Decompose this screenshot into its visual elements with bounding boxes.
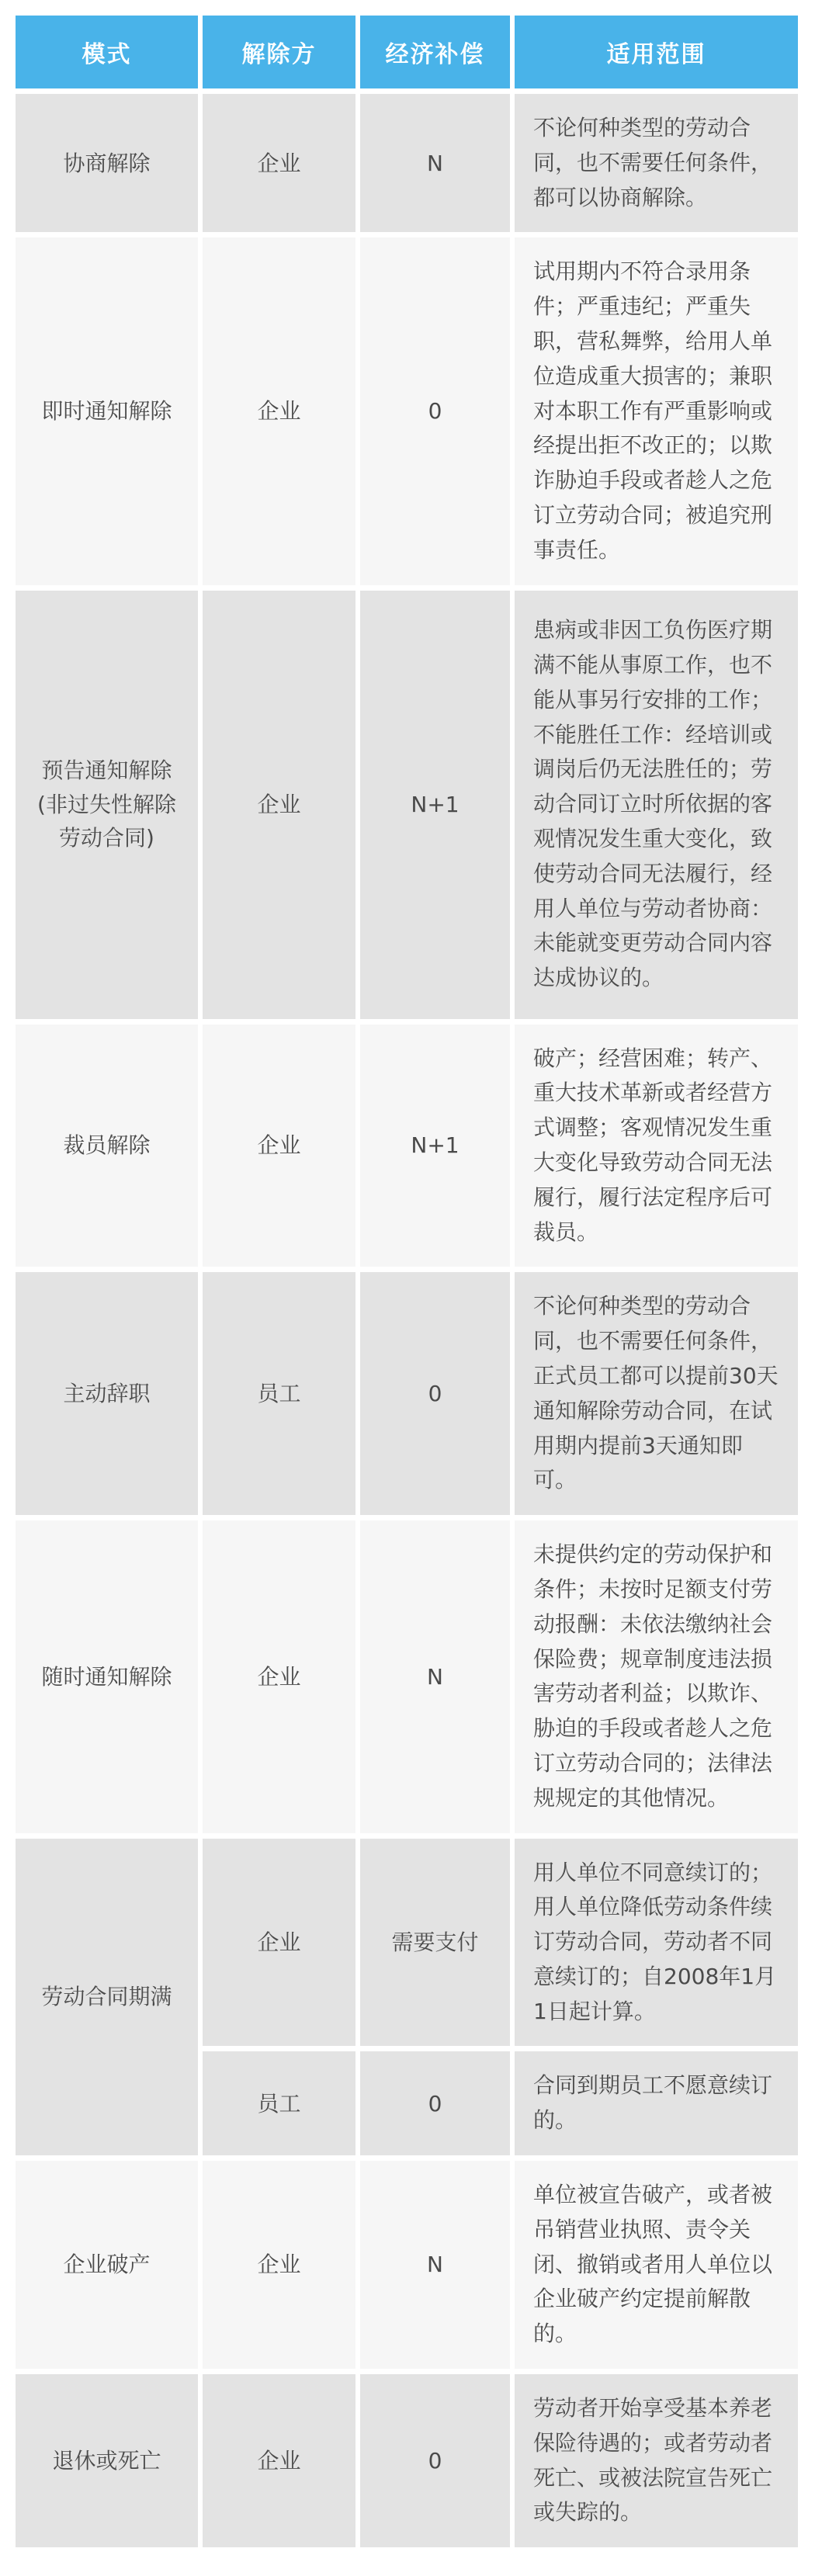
- table-row: 退休或死亡 企业 0 劳动者开始享受基本养老保险待遇的；或者劳动者死亡、或被法院…: [16, 2374, 798, 2547]
- cell-compensation: 0: [360, 1272, 510, 1515]
- cell-compensation: 0: [360, 2374, 510, 2547]
- header-cell-compensation: 经济补偿: [360, 16, 510, 88]
- cell-party: 企业: [203, 94, 355, 232]
- cell-scope: 劳动者开始享受基本养老保险待遇的；或者劳动者死亡、或被法院宣告死亡或失踪的。: [515, 2374, 798, 2547]
- cell-mode: 裁员解除: [16, 1025, 198, 1267]
- table-subrow: 员工 0 合同到期员工不愿意续订的。: [203, 2051, 798, 2155]
- cell-party: 企业: [203, 2374, 355, 2547]
- cell-party: 企业: [203, 1520, 355, 1832]
- cell-compensation: N: [360, 2161, 510, 2369]
- merged-subrows: 企业 需要支付 用人单位不同意续订的；用人单位降低劳动条件续订劳动合同，劳动者不…: [203, 1839, 798, 2156]
- cell-compensation: 0: [360, 2051, 510, 2155]
- cell-mode: 主动辞职: [16, 1272, 198, 1515]
- cell-mode: 随时通知解除: [16, 1520, 198, 1832]
- cell-party: 企业: [203, 1025, 355, 1267]
- cell-party: 员工: [203, 2051, 355, 2155]
- table-row: 裁员解除 企业 N+1 破产；经营困难；转产、重大技术革新或者经营方式调整；客观…: [16, 1025, 798, 1267]
- cell-compensation: N: [360, 1520, 510, 1832]
- cell-scope: 试用期内不符合录用条件；严重违纪；严重失职，营私舞弊，给用人单位造成重大损害的；…: [515, 237, 798, 584]
- table-row: 即时通知解除 企业 0 试用期内不符合录用条件；严重违纪；严重失职，营私舞弊，给…: [16, 237, 798, 584]
- cell-compensation: 需要支付: [360, 1839, 510, 2047]
- cell-scope: 用人单位不同意续订的；用人单位降低劳动条件续订劳动合同，劳动者不同意续订的；自2…: [515, 1839, 798, 2047]
- cell-scope: 不论何种类型的劳动合同，也不需要任何条件，正式员工都可以提前30天通知解除劳动合…: [515, 1272, 798, 1515]
- table-row: 企业破产 企业 N 单位被宣告破产，或者被吊销营业执照、责令关闭、撤销或者用人单…: [16, 2161, 798, 2369]
- table-row: 预告通知解除 (非过失性解除 劳动合同) 企业 N+1 患病或非因工负伤医疗期满…: [16, 591, 798, 1019]
- cell-scope: 单位被宣告破产，或者被吊销营业执照、责令关闭、撤销或者用人单位以企业破产约定提前…: [515, 2161, 798, 2369]
- cell-mode: 企业破产: [16, 2161, 198, 2369]
- cell-mode: 劳动合同期满: [16, 1839, 198, 2156]
- cell-mode: 即时通知解除: [16, 237, 198, 584]
- cell-compensation: 0: [360, 237, 510, 584]
- cell-party: 企业: [203, 591, 355, 1019]
- cell-scope: 破产；经营困难；转产、重大技术革新或者经营方式调整；客观情况发生重大变化导致劳动…: [515, 1025, 798, 1267]
- cell-compensation: N+1: [360, 591, 510, 1019]
- header-cell-mode: 模式: [16, 16, 198, 88]
- cell-mode: 预告通知解除 (非过失性解除 劳动合同): [16, 591, 198, 1019]
- cell-scope: 未提供约定的劳动保护和条件；未按时足额支付劳动报酬：未依法缴纳社会保险费；规章制…: [515, 1520, 798, 1832]
- table-row: 随时通知解除 企业 N 未提供约定的劳动保护和条件；未按时足额支付劳动报酬：未依…: [16, 1520, 798, 1832]
- cell-scope: 患病或非因工负伤医疗期满不能从事原工作，也不能从事另行安排的工作；不能胜任工作：…: [515, 591, 798, 1019]
- header-cell-party: 解除方: [203, 16, 355, 88]
- cell-party: 员工: [203, 1272, 355, 1515]
- cell-mode: 协商解除: [16, 94, 198, 232]
- table-row: 协商解除 企业 N 不论何种类型的劳动合同，也不需要任何条件，都可以协商解除。: [16, 94, 798, 232]
- cell-compensation: N: [360, 94, 510, 232]
- cell-scope: 不论何种类型的劳动合同，也不需要任何条件，都可以协商解除。: [515, 94, 798, 232]
- cell-compensation: N+1: [360, 1025, 510, 1267]
- cell-scope: 合同到期员工不愿意续订的。: [515, 2051, 798, 2155]
- table-subrow: 企业 需要支付 用人单位不同意续订的；用人单位降低劳动条件续订劳动合同，劳动者不…: [203, 1839, 798, 2047]
- table-header-row: 模式 解除方 经济补偿 适用范围: [16, 16, 798, 88]
- cell-party: 企业: [203, 1839, 355, 2047]
- cell-mode: 退休或死亡: [16, 2374, 198, 2547]
- header-cell-scope: 适用范围: [515, 16, 798, 88]
- table-row: 主动辞职 员工 0 不论何种类型的劳动合同，也不需要任何条件，正式员工都可以提前…: [16, 1272, 798, 1515]
- cell-party: 企业: [203, 237, 355, 584]
- cell-party: 企业: [203, 2161, 355, 2369]
- labor-contract-termination-table: 模式 解除方 经济补偿 适用范围 协商解除 企业 N 不论何种类型的劳动合同，也…: [0, 0, 815, 2576]
- table-row-merged: 劳动合同期满 企业 需要支付 用人单位不同意续订的；用人单位降低劳动条件续订劳动…: [16, 1839, 798, 2156]
